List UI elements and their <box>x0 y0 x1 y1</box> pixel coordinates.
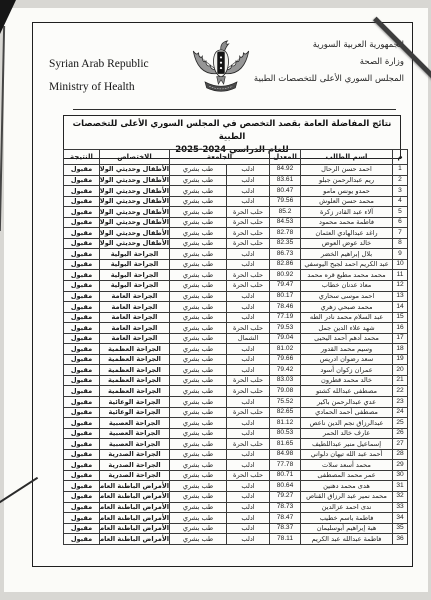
table-row: 29محمد أسعد سلات77.78ادلبطب بشريالجراحة … <box>64 460 408 471</box>
cell-score: 84.53 <box>270 217 301 228</box>
cell-score: 78.37 <box>270 523 301 534</box>
table-row: 35هبة إبراهيم أبوسليمان78.37ادلبطب بشريا… <box>64 523 408 534</box>
cell-specialty: الأطفال وحديثي الولادة <box>100 228 170 239</box>
cell-number: 28 <box>393 449 408 460</box>
cell-number: 10 <box>393 259 408 270</box>
cell-number: 5 <box>393 207 408 218</box>
cell-specialty: الأمراض الباطنة العامة <box>100 523 170 534</box>
cell-university-city: ادلب <box>227 513 270 524</box>
cell-score: 79.56 <box>270 196 301 207</box>
header-divider-line <box>73 109 396 110</box>
cell-student-name: إسماعيل منير عبداللطيف <box>301 439 393 450</box>
cell-specialty: الأطفال وحديثي الولادة <box>100 238 170 249</box>
cell-result: مقبول <box>64 523 100 534</box>
cell-result: مقبول <box>64 302 100 313</box>
table-row: 15عبد السلام محمد نادر الطه77.19ادلبطب ب… <box>64 312 408 323</box>
cell-score: 80.71 <box>270 470 301 481</box>
cell-score: 80.17 <box>270 291 301 302</box>
cell-number: 24 <box>393 407 408 418</box>
cell-university-faculty: طب بشري <box>170 344 227 355</box>
table-row: 26عارف خالد الحمر80.53ادلبطب بشريالجراحة… <box>64 428 408 439</box>
cell-score: 82.86 <box>270 259 301 270</box>
cell-university-city: حلب الحرة <box>227 386 270 397</box>
cell-specialty: الأمراض الباطنة العامة <box>100 502 170 513</box>
cell-score: 77.19 <box>270 312 301 323</box>
table-row: 18وسيم محمد القدور81.02ادلبطب بشريالجراح… <box>64 344 408 355</box>
cell-university-faculty: طب بشري <box>170 291 227 302</box>
cell-university-city: ادلب <box>227 302 270 313</box>
cell-specialty: الجراحة الصدرية <box>100 460 170 471</box>
cell-university-faculty: طب بشري <box>170 165 227 176</box>
cell-student-name: احمد موسى سحاري <box>301 291 393 302</box>
cell-score: 79.66 <box>270 354 301 365</box>
table-row: 36فاطمة عبدالله عبد الكريم78.11ادلبطب بش… <box>64 534 408 545</box>
cell-university-city: ادلب <box>227 481 270 492</box>
table-row: 1احمد حسن الرحال84.92ادلبطب بشريالأطفال … <box>64 165 408 176</box>
cell-specialty: الأطفال وحديثي الولادة <box>100 217 170 228</box>
cell-university-city: ادلب <box>227 449 270 460</box>
cell-university-faculty: طب بشري <box>170 175 227 186</box>
table-row: 3حمدو يونس مامو80.47ادلبطب بشريالأطفال و… <box>64 186 408 197</box>
cell-score: 83.03 <box>270 375 301 386</box>
cell-number: 36 <box>393 534 408 545</box>
cell-university-city: ادلب <box>227 249 270 260</box>
cell-number: 18 <box>393 344 408 355</box>
cell-number: 22 <box>393 386 408 397</box>
cell-student-name: محمد محمد مطيع قره محمد <box>301 270 393 281</box>
cell-number: 33 <box>393 502 408 513</box>
cell-student-name: عمر محمد المصطفى <box>301 470 393 481</box>
cell-university-faculty: طب بشري <box>170 354 227 365</box>
cell-university-faculty: طب بشري <box>170 460 227 471</box>
cell-university-faculty: طب بشري <box>170 228 227 239</box>
cell-university-faculty: طب بشري <box>170 470 227 481</box>
cell-score: 78.11 <box>270 534 301 545</box>
cell-result: مقبول <box>64 491 100 502</box>
col-header-result: النتيجة <box>64 150 100 165</box>
cell-university-city: ادلب <box>227 186 270 197</box>
cell-number: 14 <box>393 302 408 313</box>
cell-university-city: حلب الحرة <box>227 407 270 418</box>
cell-number: 32 <box>393 491 408 502</box>
cell-student-name: احمد حسن الرحال <box>301 165 393 176</box>
cell-university-faculty: طب بشري <box>170 397 227 408</box>
cell-university-faculty: طب بشري <box>170 323 227 334</box>
cell-university-city: ادلب <box>227 312 270 323</box>
cell-result: مقبول <box>64 217 100 228</box>
cell-specialty: الأمراض الباطنة العامة <box>100 513 170 524</box>
cell-result: مقبول <box>64 196 100 207</box>
cell-specialty: الجراحة البولية <box>100 249 170 260</box>
cell-number: 34 <box>393 513 408 524</box>
cell-result: مقبول <box>64 281 100 292</box>
cell-score: 81.65 <box>270 439 301 450</box>
cell-student-name: محمد أسعد سلات <box>301 460 393 471</box>
table-row: 8خالد عوض العوض82.35حلب الحرةطب بشريالأط… <box>64 238 408 249</box>
table-row: 33ندى احمد عزالدين78.73ادلبطب بشريالأمرا… <box>64 502 408 513</box>
cell-number: 6 <box>393 217 408 228</box>
cell-student-name: مصطفى أحمد الحمادي <box>301 407 393 418</box>
cell-university-city: ادلب <box>227 365 270 376</box>
cell-result: مقبول <box>64 312 100 323</box>
cell-university-faculty: طب بشري <box>170 439 227 450</box>
cell-specialty: الجراحة العامة <box>100 291 170 302</box>
cell-specialty: الأطفال وحديثي الولادة <box>100 207 170 218</box>
table-row: 22مصطفى عبدالله كشتو79.08حلب الحرةطب بشر… <box>64 386 408 397</box>
cell-student-name: آلاء عبد القادر زكرة <box>301 207 393 218</box>
cell-student-name: شهد علاء الدين جمل <box>301 323 393 334</box>
table-row: 16شهد علاء الدين جمل79.53حلب الحرةطب بشر… <box>64 323 408 334</box>
cell-specialty: الجراحة العظمية <box>100 354 170 365</box>
table-row: 27إسماعيل منير عبداللطيف81.65حلب الحرةطب… <box>64 439 408 450</box>
cell-score: 83.61 <box>270 175 301 186</box>
cell-university-city: ادلب <box>227 397 270 408</box>
cell-score: 79.47 <box>270 281 301 292</box>
cell-student-name: حمدو يونس مامو <box>301 186 393 197</box>
table-row: 5آلاء عبد القادر زكرة85.2حلب الحرةطب بشر… <box>64 207 408 218</box>
cell-score: 80.53 <box>270 428 301 439</box>
cell-university-faculty: طب بشري <box>170 428 227 439</box>
cell-university-faculty: طب بشري <box>170 523 227 534</box>
cell-university-city: حلب الحرة <box>227 238 270 249</box>
cell-university-city: ادلب <box>227 196 270 207</box>
table-row: 9بلال إبراهيم الخضر86.73ادلبطب بشريالجرا… <box>64 249 408 260</box>
document-border-frame: Syrian Arab Republic Ministry of Health <box>32 22 413 567</box>
table-row: 32محمد نمير عبد الرزاق القناص79.27ادلبطب… <box>64 491 408 502</box>
cell-university-city: ادلب <box>227 175 270 186</box>
cell-result: مقبول <box>64 175 100 186</box>
cell-result: مقبول <box>64 460 100 471</box>
cell-specialty: الأمراض الباطنة العامة <box>100 491 170 502</box>
cell-result: مقبول <box>64 333 100 344</box>
cell-specialty: الجراحة العصبية <box>100 439 170 450</box>
cell-university-faculty: طب بشري <box>170 386 227 397</box>
cell-number: 19 <box>393 354 408 365</box>
table-row: 7راغد عبدالهادي العثمان82.78حلب الحرةطب … <box>64 228 408 239</box>
cell-student-name: خالد محمد قطرون <box>301 375 393 386</box>
table-row: 17محمد أدهم أحمد اليحيى79.04الشمالطب بشر… <box>64 333 408 344</box>
cell-student-name: بلال إبراهيم الخضر <box>301 249 393 260</box>
table-row: 13احمد موسى سحاري80.17ادلبطب بشريالجراحة… <box>64 291 408 302</box>
cell-student-name: فاطمة عبدالله عبد الكريم <box>301 534 393 545</box>
cell-student-name: فاطمة باسم خطيب <box>301 513 393 524</box>
cell-university-faculty: طب بشري <box>170 449 227 460</box>
cell-university-faculty: طب بشري <box>170 207 227 218</box>
cell-result: مقبول <box>64 439 100 450</box>
cell-university-city: حلب الحرة <box>227 207 270 218</box>
table-row: 28أحمد عبد الله تيهان دلواني84.98ادلبطب … <box>64 449 408 460</box>
cell-specialty: الجراحة الصدرية <box>100 470 170 481</box>
cell-score: 80.92 <box>270 270 301 281</box>
col-header-specialty: الاختصاص <box>100 150 170 165</box>
cell-result: مقبول <box>64 207 100 218</box>
cell-specialty: الجراحة الصدرية <box>100 449 170 460</box>
cell-result: مقبول <box>64 365 100 376</box>
cell-university-city: ادلب <box>227 502 270 513</box>
cell-student-name: عبدالرزاق نجم الدين ناعص <box>301 418 393 429</box>
cell-number: 26 <box>393 428 408 439</box>
cell-result: مقبول <box>64 270 100 281</box>
cell-score: 79.53 <box>270 323 301 334</box>
cell-result: مقبول <box>64 249 100 260</box>
cell-university-city: حلب الحرة <box>227 228 270 239</box>
cell-result: مقبول <box>64 428 100 439</box>
cell-university-city: حلب الحرة <box>227 470 270 481</box>
cell-university-faculty: طب بشري <box>170 534 227 545</box>
cell-university-city: ادلب <box>227 534 270 545</box>
cell-specialty: الأطفال وحديثي الولادة <box>100 186 170 197</box>
cell-result: مقبول <box>64 238 100 249</box>
cell-university-faculty: طب بشري <box>170 196 227 207</box>
header-arabic-line3: المجلس السوري الأعلى للتخصصات الطبية <box>254 71 404 88</box>
cell-specialty: الجراحة الوعائية <box>100 397 170 408</box>
cell-score: 82.65 <box>270 407 301 418</box>
table-row: 31هدى محمد دهنين80.64ادلبطب بشريالأمراض … <box>64 481 408 492</box>
cell-result: مقبول <box>64 323 100 334</box>
cell-number: 21 <box>393 375 408 386</box>
cell-specialty: الجراحة العظمية <box>100 365 170 376</box>
cell-score: 78.47 <box>270 513 301 524</box>
cell-university-city: حلب الحرة <box>227 217 270 228</box>
cell-score: 80.64 <box>270 481 301 492</box>
cell-result: مقبول <box>64 449 100 460</box>
cell-student-name: ندى احمد عزالدين <box>301 502 393 513</box>
cell-score: 85.2 <box>270 207 301 218</box>
cell-specialty: الجراحة البولية <box>100 259 170 270</box>
cell-number: 27 <box>393 439 408 450</box>
cell-specialty: الجراحة البولية <box>100 281 170 292</box>
cell-specialty: الأطفال وحديثي الولادة <box>100 175 170 186</box>
cell-result: مقبول <box>64 386 100 397</box>
cell-specialty: الجراحة العامة <box>100 312 170 323</box>
cell-university-city: حلب الحرة <box>227 323 270 334</box>
table-row: 30عمر محمد المصطفى80.71حلب الحرةطب بشريا… <box>64 470 408 481</box>
cell-student-name: عبد السلام محمد نادر الطه <box>301 312 393 323</box>
cell-result: مقبول <box>64 354 100 365</box>
cell-university-city: ادلب <box>227 428 270 439</box>
cell-number: 12 <box>393 281 408 292</box>
header-arabic-line2: وزارة الصحة <box>254 54 404 71</box>
cell-score: 79.04 <box>270 333 301 344</box>
cell-student-name: عمران زكوان أسود <box>301 365 393 376</box>
cell-university-faculty: طب بشري <box>170 407 227 418</box>
cell-university-faculty: طب بشري <box>170 418 227 429</box>
table-row: 11محمد محمد مطيع قره محمد80.92حلب الحرةط… <box>64 270 408 281</box>
title-line1: نتائج المفاضلة العامة بقصد التخصص في الم… <box>66 118 398 144</box>
cell-university-faculty: طب بشري <box>170 513 227 524</box>
cell-specialty: الجراحة العظمية <box>100 344 170 355</box>
cell-specialty: الجراحة العامة <box>100 302 170 313</box>
table-row: 21خالد محمد قطرون83.03حلب الحرةطب بشريال… <box>64 375 408 386</box>
cell-result: مقبول <box>64 397 100 408</box>
cell-university-faculty: طب بشري <box>170 217 227 228</box>
table-header-row: م اسم الطالب المعدل الجامعة الاختصاص الن… <box>64 150 408 165</box>
cell-university-faculty: طب بشري <box>170 281 227 292</box>
cell-number: 11 <box>393 270 408 281</box>
cell-university-faculty: طب بشري <box>170 365 227 376</box>
cell-specialty: الجراحة العظمية <box>100 386 170 397</box>
cell-result: مقبول <box>64 375 100 386</box>
cell-university-faculty: طب بشري <box>170 333 227 344</box>
col-header-university: الجامعة <box>170 150 270 165</box>
table-row: 19سعد رضوان ادريس79.66ادلبطب بشريالجراحة… <box>64 354 408 365</box>
cell-student-name: محمد أدهم أحمد اليحيى <box>301 333 393 344</box>
cell-number: 13 <box>393 291 408 302</box>
header-arabic: الجمهورية العربية السورية وزارة الصحة ال… <box>254 37 404 88</box>
cell-student-name: محمد حسن العلوش <box>301 196 393 207</box>
cell-result: مقبول <box>64 534 100 545</box>
cell-score: 82.78 <box>270 228 301 239</box>
cell-university-city: ادلب <box>227 291 270 302</box>
cell-student-name: هبة إبراهيم أبوسليمان <box>301 523 393 534</box>
col-header-score: المعدل <box>270 150 301 165</box>
cell-specialty: الجراحة العصبية <box>100 428 170 439</box>
cell-score: 81.02 <box>270 344 301 355</box>
cell-university-city: حلب الحرة <box>227 281 270 292</box>
header-english-line1: Syrian Arab Republic <box>49 53 149 76</box>
table-row: 14محمد صبحي زهري78.46ادلبطب بشريالجراحة … <box>64 302 408 313</box>
cell-university-city: ادلب <box>227 523 270 534</box>
header-arabic-line1: الجمهورية العربية السورية <box>254 37 404 54</box>
cell-specialty: الأطفال وحديثي الولادة <box>100 165 170 176</box>
cell-number: 16 <box>393 323 408 334</box>
cell-result: مقبول <box>64 259 100 270</box>
cell-number: 20 <box>393 365 408 376</box>
cell-number: 3 <box>393 186 408 197</box>
cell-number: 9 <box>393 249 408 260</box>
cell-university-faculty: طب بشري <box>170 375 227 386</box>
cell-specialty: الأطفال وحديثي الولادة <box>100 196 170 207</box>
cell-university-city: ادلب <box>227 491 270 502</box>
header-english: Syrian Arab Republic Ministry of Health <box>49 53 149 99</box>
cell-university-city: ادلب <box>227 354 270 365</box>
cell-score: 79.08 <box>270 386 301 397</box>
cell-score: 81.12 <box>270 418 301 429</box>
cell-result: مقبول <box>64 165 100 176</box>
cell-specialty: الجراحة العظمية <box>100 375 170 386</box>
cell-university-faculty: طب بشري <box>170 302 227 313</box>
cell-student-name: هدى محمد دهنين <box>301 481 393 492</box>
table-row: 25عبدالرزاق نجم الدين ناعص81.12ادلبطب بش… <box>64 418 408 429</box>
cell-student-name: راغد عبدالهادي العثمان <box>301 228 393 239</box>
results-table: م اسم الطالب المعدل الجامعة الاختصاص الن… <box>63 149 408 545</box>
cell-score: 84.92 <box>270 165 301 176</box>
cell-number: 35 <box>393 523 408 534</box>
col-header-number: م <box>393 150 408 165</box>
cell-specialty: الجراحة العامة <box>100 333 170 344</box>
cell-student-name: معاذ عدنان خطاب <box>301 281 393 292</box>
cell-specialty: الجراحة الوعائية <box>100 407 170 418</box>
cell-student-name: سعد رضوان ادريس <box>301 354 393 365</box>
cell-university-city: حلب الحرة <box>227 375 270 386</box>
col-header-student-name: اسم الطالب <box>301 150 393 165</box>
cell-result: مقبول <box>64 418 100 429</box>
cell-score: 82.35 <box>270 238 301 249</box>
cell-score: 78.73 <box>270 502 301 513</box>
syrian-eagle-emblem-icon <box>189 32 253 102</box>
cell-university-city: ادلب <box>227 259 270 270</box>
cell-result: مقبول <box>64 513 100 524</box>
cell-student-name: عدي عبدالرحمن باكير <box>301 397 393 408</box>
cell-score: 75.52 <box>270 397 301 408</box>
scanned-document: { "header": { "english_line1": "Syrian A… <box>0 0 431 600</box>
cell-result: مقبول <box>64 481 100 492</box>
cell-number: 29 <box>393 460 408 471</box>
cell-specialty: الجراحة العامة <box>100 323 170 334</box>
table-row: 20عمران زكوان أسود79.42ادلبطب بشريالجراح… <box>64 365 408 376</box>
cell-result: مقبول <box>64 186 100 197</box>
cell-university-faculty: طب بشري <box>170 259 227 270</box>
cell-student-name: خالد عوض العوض <box>301 238 393 249</box>
cell-result: مقبول <box>64 344 100 355</box>
cell-number: 2 <box>393 175 408 186</box>
cell-number: 17 <box>393 333 408 344</box>
cell-number: 7 <box>393 228 408 239</box>
table-row: 34فاطمة باسم خطيب78.47ادلبطب بشريالأمراض… <box>64 513 408 524</box>
table-row: 12معاذ عدنان خطاب79.47حلب الحرةطب بشريال… <box>64 281 408 292</box>
cell-specialty: الجراحة البولية <box>100 270 170 281</box>
cell-university-city: حلب الحرة <box>227 439 270 450</box>
cell-score: 86.73 <box>270 249 301 260</box>
cell-result: مقبول <box>64 228 100 239</box>
cell-student-name: عبد الكريم احمد لجبح اليوسفي <box>301 259 393 270</box>
table-row: 6فاطمة محمد محمود84.53حلب الحرةطب بشريال… <box>64 217 408 228</box>
table-row: 23عدي عبدالرحمن باكير75.52ادلبطب بشريالج… <box>64 397 408 408</box>
table-row: 4محمد حسن العلوش79.56ادلبطب بشريالأطفال … <box>64 196 408 207</box>
cell-university-faculty: طب بشري <box>170 238 227 249</box>
cell-score: 78.46 <box>270 302 301 313</box>
cell-student-name: ريم عبدالرحمن جبلو <box>301 175 393 186</box>
cell-university-city: ادلب <box>227 460 270 471</box>
cell-specialty: الأمراض الباطنة العامة <box>100 534 170 545</box>
cell-number: 15 <box>393 312 408 323</box>
cell-university-faculty: طب بشري <box>170 481 227 492</box>
cell-university-city: ادلب <box>227 418 270 429</box>
cell-student-name: محمد صبحي زهري <box>301 302 393 313</box>
cell-score: 84.98 <box>270 449 301 460</box>
cell-university-city: ادلب <box>227 165 270 176</box>
cell-university-faculty: طب بشري <box>170 502 227 513</box>
cell-student-name: محمد نمير عبد الرزاق القناص <box>301 491 393 502</box>
cell-specialty: الجراحة العصبية <box>100 418 170 429</box>
table-row: 2ريم عبدالرحمن جبلو83.61ادلبطب بشريالأطف… <box>64 175 408 186</box>
cell-score: 79.27 <box>270 491 301 502</box>
cell-student-name: وسيم محمد القدور <box>301 344 393 355</box>
cell-number: 30 <box>393 470 408 481</box>
table-row: 10عبد الكريم احمد لجبح اليوسفي82.86ادلبط… <box>64 259 408 270</box>
cell-specialty: الأمراض الباطنة العامة <box>100 481 170 492</box>
cell-result: مقبول <box>64 407 100 418</box>
cell-university-faculty: طب بشري <box>170 312 227 323</box>
cell-score: 80.47 <box>270 186 301 197</box>
cell-university-faculty: طب بشري <box>170 186 227 197</box>
cell-student-name: مصطفى عبدالله كشتو <box>301 386 393 397</box>
cell-university-faculty: طب بشري <box>170 249 227 260</box>
cell-score: 77.78 <box>270 460 301 471</box>
table-row: 24مصطفى أحمد الحمادي82.65حلب الحرةطب بشر… <box>64 407 408 418</box>
cell-university-city: ادلب <box>227 344 270 355</box>
cell-student-name: عارف خالد الحمر <box>301 428 393 439</box>
cell-number: 4 <box>393 196 408 207</box>
cell-university-faculty: طب بشري <box>170 491 227 502</box>
cell-score: 79.42 <box>270 365 301 376</box>
cell-student-name: فاطمة محمد محمود <box>301 217 393 228</box>
cell-result: مقبول <box>64 291 100 302</box>
cell-university-city: حلب الحرة <box>227 270 270 281</box>
cell-university-city: الشمال <box>227 333 270 344</box>
cell-university-faculty: طب بشري <box>170 270 227 281</box>
cell-number: 25 <box>393 418 408 429</box>
